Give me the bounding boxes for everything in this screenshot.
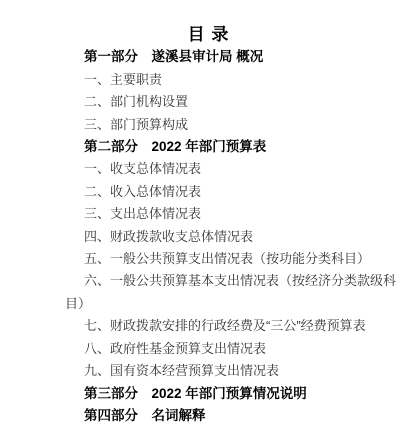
toc-section-heading-part3: 第三部分 2022 年部门预算情况说明 <box>65 383 405 405</box>
toc-item: 四、财政拨款收支总体情况表 <box>65 226 405 248</box>
toc-item: 三、部门预算构成 <box>65 114 405 136</box>
toc-item: 九、国有资本经营预算支出情况表 <box>65 360 405 382</box>
toc-item: 一、主要职责 <box>65 69 405 91</box>
toc-section-heading-part4: 第四部分 名词解释 <box>65 405 405 425</box>
toc-title: 目 录 <box>0 24 417 46</box>
toc-item: 六、一般公共预算基本支出情况表（按经济分类款级科目） <box>65 270 405 315</box>
toc-item: 一、收支总体情况表 <box>65 158 405 180</box>
toc-item: 八、政府性基金预算支出情况表 <box>65 338 405 360</box>
toc-section-heading-part2: 第二部分 2022 年部门预算表 <box>65 136 405 158</box>
toc-item: 五、一般公共预算支出情况表（按功能分类科目） <box>65 248 405 270</box>
document-page: 目 录 第一部分 遂溪县审计局 概况 一、主要职责 二、部门机构设置 三、部门预… <box>0 0 417 425</box>
toc-item: 三、支出总体情况表 <box>65 203 405 225</box>
toc-item: 二、收入总体情况表 <box>65 181 405 203</box>
toc-item: 七、财政拨款安排的行政经费及“三公”经费预算表 <box>65 315 405 337</box>
toc-section-heading-part1: 第一部分 遂溪县审计局 概况 <box>65 46 405 68</box>
toc-item: 二、部门机构设置 <box>65 91 405 113</box>
table-of-contents: 第一部分 遂溪县审计局 概况 一、主要职责 二、部门机构设置 三、部门预算构成 … <box>65 46 405 425</box>
